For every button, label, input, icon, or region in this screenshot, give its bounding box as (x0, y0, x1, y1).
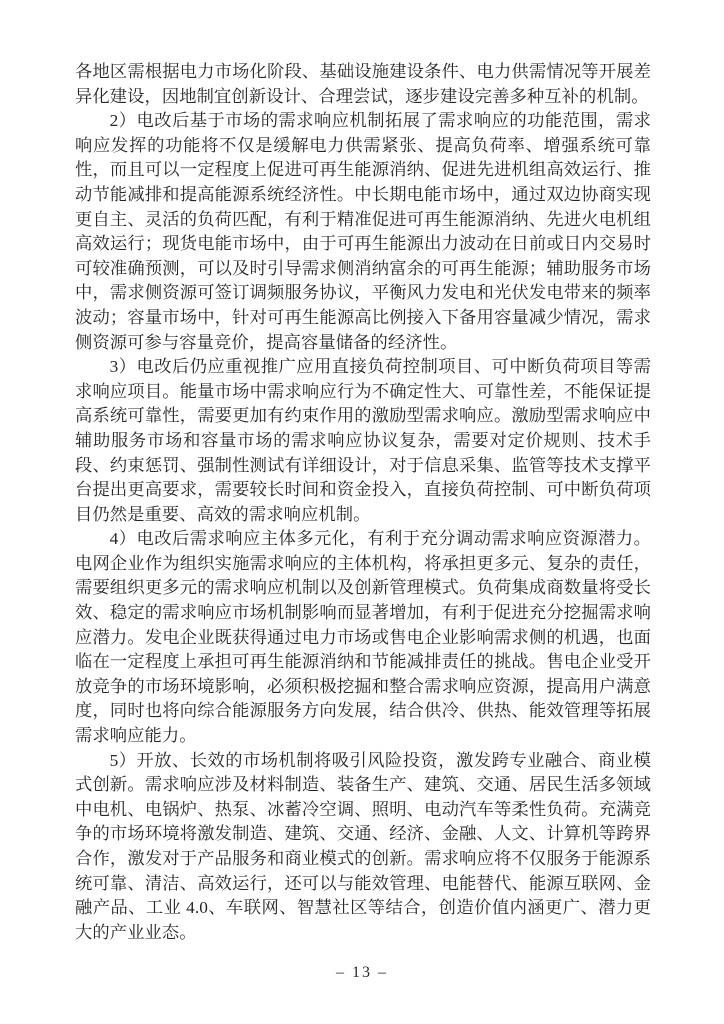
text-block: 各地区需根据电力市场化阶段、基础设施建设条件、电力供需情况等开展差异化建设，因地… (75, 60, 651, 945)
paragraph-item-5: 5）开放、长效的市场机制将吸引风险投资，激发跨专业融合、商业模式创新。需求响应涉… (75, 749, 651, 946)
paragraph-continuation: 各地区需根据电力市场化阶段、基础设施建设条件、电力供需情况等开展差异化建设，因地… (75, 60, 651, 109)
paragraph-item-4: 4）电改后需求响应主体多元化，有利于充分调动需求响应资源潜力。电网企业作为组织实… (75, 527, 651, 748)
paragraph-item-3: 3）电改后仍应重视推广应用直接负荷控制项目、可中断负荷项目等需求响应项目。能量市… (75, 355, 651, 527)
document-page: 各地区需根据电力市场化阶段、基础设施建设条件、电力供需情况等开展差异化建设，因地… (0, 0, 724, 1024)
page-number: – 13 – (0, 962, 724, 984)
paragraph-item-2: 2）电改后基于市场的需求响应机制拓展了需求响应的功能范围，需求响应发挥的功能将不… (75, 109, 651, 355)
